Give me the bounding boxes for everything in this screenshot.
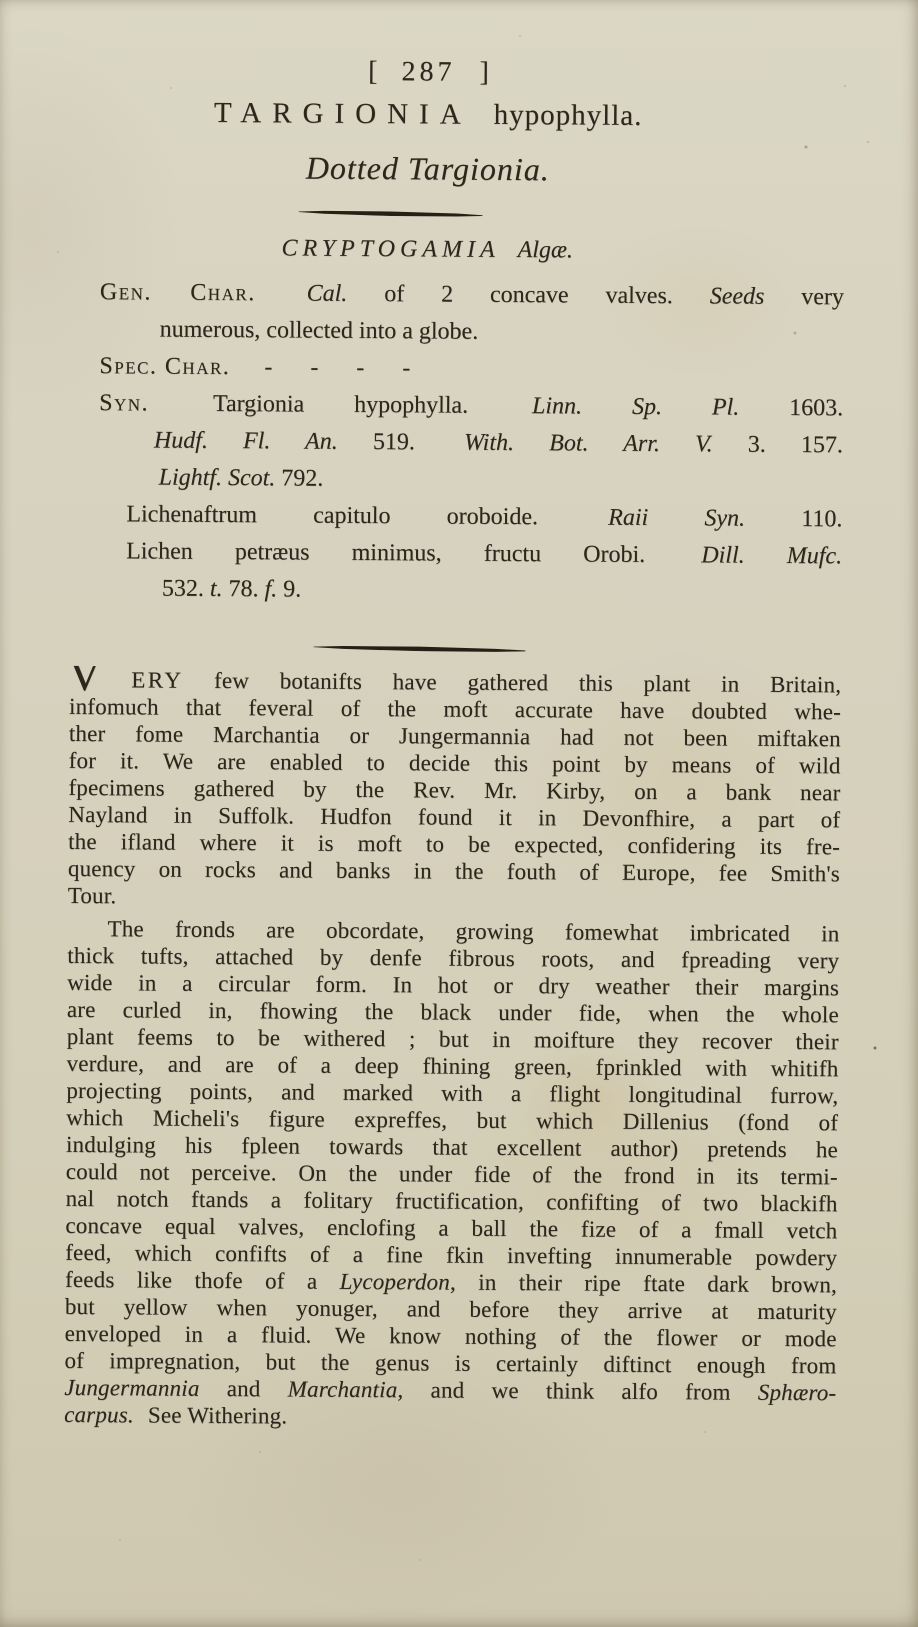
text-line: VERY few botanifts have gathered this pl… [69, 666, 841, 698]
syn-line-3: Lightf. Scot. 792. [99, 459, 843, 501]
gen-char-line-1: Gen. Char. Cal. of 2 concave valves. See… [100, 274, 844, 316]
group-name: Algæ. [518, 237, 574, 263]
citation-fig-number: 9. [283, 576, 301, 602]
syn-label: Syn. [99, 390, 149, 416]
spec-char-dashes: - - - - [264, 354, 411, 381]
order-name: CRYPTOGAMIA [281, 235, 499, 263]
syn-ref-3-page: 3. 157. [748, 432, 843, 459]
gen-char-label: Gen. Char. [100, 279, 256, 306]
syn-species: Targionia hypophylla. [213, 391, 468, 419]
syn-ref-4: Lightf. Scot. [159, 465, 276, 492]
common-name: Dotted Targionia. [306, 150, 550, 188]
taxon-lycoperdon: Lycoperdon [340, 1269, 451, 1295]
citation-tab-label: t. [210, 576, 223, 602]
gen-char-line-2: numerous, collected into a globe. [100, 311, 844, 353]
folio: [287] [368, 56, 489, 88]
syn-ref-1: Linn. Sp. Pl. [532, 393, 739, 420]
text-line: carpus.See Withering. [64, 1401, 836, 1433]
plate-title-line: TARGIONIAhypophylla. [0, 95, 917, 134]
line-text: and [227, 1376, 261, 1401]
divider-rule-body [313, 644, 525, 653]
folio-bracket-close: ] [479, 57, 489, 88]
seeds-label: Seeds [710, 283, 765, 309]
synonym-1-text: Lichenaftrum capitulo oroboide. [126, 501, 538, 530]
common-name-line: Dotted Targionia. [0, 147, 917, 190]
taxon-marchantia: Marchantia, [288, 1376, 404, 1402]
folio-line: [287] [0, 53, 918, 91]
text-line: Tour. [68, 882, 840, 914]
line-text: See Withering. [148, 1403, 288, 1429]
book-page: [287] TARGIONIAhypophylla. Dotted Targio… [0, 0, 918, 1627]
synonym-1-page: 110. [801, 506, 842, 532]
taxon-jungermannia: Jungermannia [64, 1375, 199, 1401]
synonym-citation-line: 532. t. 78. f. 9. [98, 570, 842, 612]
classification: CRYPTOGAMIAAlgæ. [281, 235, 573, 263]
syn-ref-3: With. Bot. Arr. V. [464, 430, 713, 458]
citation-tab-number: 78. [228, 576, 258, 602]
species-epithet: hypophylla. [494, 99, 643, 132]
body-paragraph-1: VERY few botanifts have gathered this pl… [68, 666, 842, 914]
body-text: VERY few botanifts have gathered this pl… [64, 666, 841, 1433]
synonym-line-1: Lichenaftrum capitulo oroboide. Raii Syn… [98, 496, 842, 538]
line-text: and we think alfo from [431, 1377, 731, 1404]
genus-name: TARGIONIA [214, 97, 472, 131]
plate-title: TARGIONIAhypophylla. [214, 97, 643, 132]
syn-line-2: Hudf. Fl. An. 519. With. Bot. Arr. V. 3.… [99, 422, 843, 464]
syn-ref-2: Hudf. Fl. An. [154, 428, 338, 455]
spec-char-line: Spec. Char.- - - - [99, 348, 843, 390]
line-text: , in their ripe ftate dark brown, [450, 1270, 837, 1298]
page-content: [287] TARGIONIAhypophylla. Dotted Targio… [0, 0, 918, 1627]
synonym-1-ref: Raii Syn. [608, 505, 745, 532]
folio-bracket-open: [ [368, 56, 378, 87]
line-caps: ERY [131, 667, 183, 692]
taxon-sphaerocarpus: Sphæro- [758, 1380, 837, 1406]
syn-ref-1-page: 1603. [789, 395, 843, 421]
body-paragraph-2: The fronds are obcordate, growing fomewh… [64, 915, 840, 1433]
seeds-text: very [801, 284, 844, 310]
text-line: quency on rocks and banks in the fouth o… [68, 855, 840, 887]
syn-ref-2-page: 519. [373, 429, 415, 455]
divider-rule-top [298, 209, 482, 218]
character-section: Gen. Char. Cal. of 2 concave valves. See… [98, 274, 844, 612]
calyx-label: Cal. [307, 281, 348, 307]
synonym-2-ref: Dill. Mufc. [701, 542, 842, 569]
citation-page: 532. [162, 576, 204, 602]
synonym-2-text: Lichen petræus minimus, fructu Orobi. [126, 538, 645, 568]
citation-fig-label: f. [264, 576, 277, 602]
synonym-line-2: Lichen petræus minimus, fructu Orobi. Di… [98, 533, 842, 575]
spec-char-label: Spec. Char. [99, 353, 230, 380]
calyx-text: of 2 concave valves. [384, 281, 673, 309]
line-text: feeds like thofe of a [65, 1267, 340, 1294]
syn-ref-4-page: 792. [281, 465, 323, 491]
page-number: 287 [401, 56, 455, 87]
classification-line: CRYPTOGAMIAAlgæ. [0, 233, 916, 266]
syn-line-1: Syn. Targionia hypophylla. Linn. Sp. Pl.… [99, 385, 843, 427]
line-text: few botanifts have gathered this plant i… [214, 668, 841, 697]
taxon-sphaerocarpus-cont: carpus. [64, 1402, 134, 1427]
